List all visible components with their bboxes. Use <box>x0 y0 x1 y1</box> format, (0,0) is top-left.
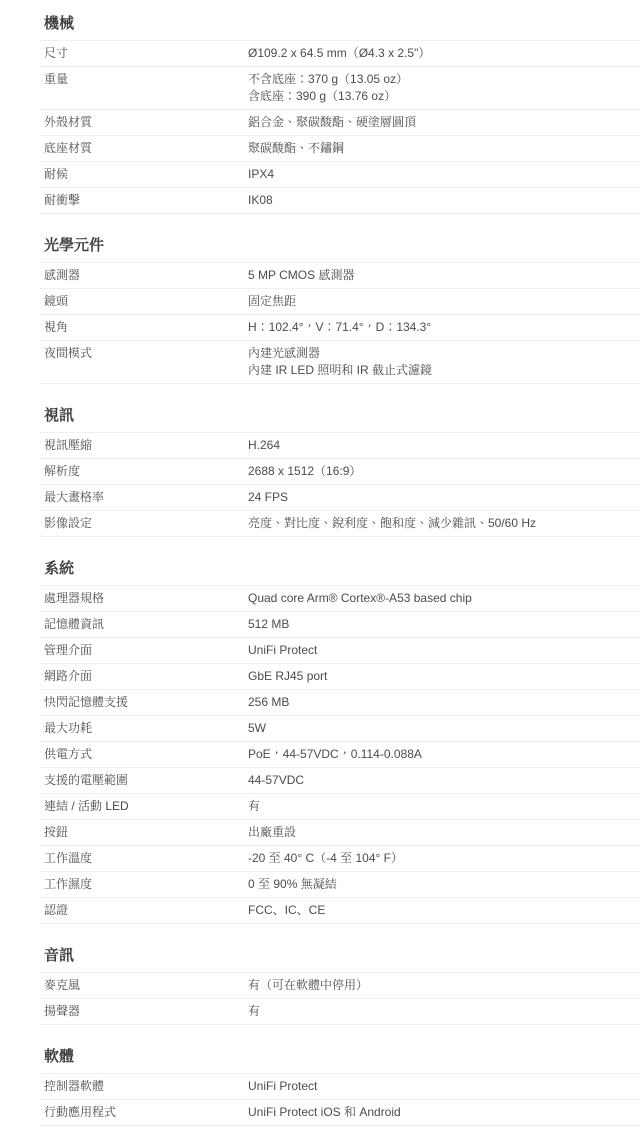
spec-value: 有 <box>248 798 640 815</box>
spec-value: 內建光感測器內建 IR LED 照明和 IR 截止式濾鏡 <box>248 345 640 379</box>
spec-value: 亮度、對比度、銳利度、飽和度、減少雜訊、50/60 Hz <box>248 515 640 532</box>
spec-value-line: IPX4 <box>248 166 632 183</box>
spec-label: 工作溫度 <box>40 850 248 867</box>
spec-value-line: IK08 <box>248 192 632 209</box>
spec-section: 軟體控制器軟體UniFi Protect行動應用程式UniFi Protect … <box>40 1047 640 1126</box>
spec-value-line: 亮度、對比度、銳利度、飽和度、減少雜訊、50/60 Hz <box>248 515 632 532</box>
spec-value-line: 512 MB <box>248 616 632 633</box>
spec-value-line: 有 <box>248 1003 632 1020</box>
section-title: 軟體 <box>44 1047 640 1066</box>
spec-value: 256 MB <box>248 694 640 711</box>
spec-row: 夜間模式內建光感測器內建 IR LED 照明和 IR 截止式濾鏡 <box>40 340 640 383</box>
spec-table: 處理器規格Quad core Arm® Cortex®-A53 based ch… <box>40 585 640 924</box>
spec-row: 供電方式PoE，44-57VDC，0.114-0.088A <box>40 741 640 767</box>
spec-row: 最大功耗5W <box>40 715 640 741</box>
spec-row: 工作濕度0 至 90% 無凝結 <box>40 871 640 897</box>
spec-value: 0 至 90% 無凝結 <box>248 876 640 893</box>
spec-label: 底座材質 <box>40 140 248 157</box>
spec-value-line: UniFi Protect <box>248 1078 632 1095</box>
spec-value: 鋁合金、聚碳酸酯、硬塗層圓頂 <box>248 114 640 131</box>
spec-section: 音訊麥克風有（可在軟體中停用）揚聲器有 <box>40 946 640 1025</box>
spec-value: IK08 <box>248 192 640 209</box>
spec-value-line: 0 至 90% 無凝結 <box>248 876 632 893</box>
spec-row: 底座材質聚碳酸酯、不鏽鋼 <box>40 135 640 161</box>
spec-label: 工作濕度 <box>40 876 248 893</box>
spec-value-line: H.264 <box>248 437 632 454</box>
spec-value: 出廠重設 <box>248 824 640 841</box>
spec-row: 重量不含底座：370 g（13.05 oz）含底座：390 g（13.76 oz… <box>40 66 640 109</box>
spec-value-line: 24 FPS <box>248 489 632 506</box>
spec-value: GbE RJ45 port <box>248 668 640 685</box>
spec-label: 快閃記憶體支援 <box>40 694 248 711</box>
spec-value: IPX4 <box>248 166 640 183</box>
spec-section: 機械尺寸Ø109.2 x 64.5 mm（Ø4.3 x 2.5"）重量不含底座：… <box>40 14 640 214</box>
spec-label: 視角 <box>40 319 248 336</box>
spec-value: UniFi Protect <box>248 1078 640 1095</box>
spec-value: H：102.4°，V：71.4°，D：134.3° <box>248 319 640 336</box>
spec-value: 固定焦距 <box>248 293 640 310</box>
spec-value-line: -20 至 40° C（-4 至 104° F） <box>248 850 632 867</box>
section-title: 光學元件 <box>44 236 640 255</box>
spec-value: 有 <box>248 1003 640 1020</box>
spec-row: 按鈕出廠重設 <box>40 819 640 845</box>
spec-row: 工作溫度-20 至 40° C（-4 至 104° F） <box>40 845 640 871</box>
section-title: 視訊 <box>44 406 640 425</box>
spec-value-line: GbE RJ45 port <box>248 668 632 685</box>
spec-row: 行動應用程式UniFi Protect iOS 和 Android <box>40 1099 640 1125</box>
spec-label: 感測器 <box>40 267 248 284</box>
spec-value-line: 有 <box>248 798 632 815</box>
spec-value: FCC、IC、CE <box>248 902 640 919</box>
section-title: 系統 <box>44 559 640 578</box>
spec-label: 管理介面 <box>40 642 248 659</box>
spec-value: PoE，44-57VDC，0.114-0.088A <box>248 746 640 763</box>
spec-row: 尺寸Ø109.2 x 64.5 mm（Ø4.3 x 2.5"） <box>40 40 640 66</box>
spec-label: 視訊壓縮 <box>40 437 248 454</box>
spec-label: 麥克風 <box>40 977 248 994</box>
spec-value-line: FCC、IC、CE <box>248 902 632 919</box>
section-title: 音訊 <box>44 946 640 965</box>
spec-value: 512 MB <box>248 616 640 633</box>
spec-value: -20 至 40° C（-4 至 104° F） <box>248 850 640 867</box>
spec-value-line: 出廠重設 <box>248 824 632 841</box>
spec-value-line: 不含底座：370 g（13.05 oz） <box>248 71 632 88</box>
spec-row: 視訊壓縮H.264 <box>40 432 640 458</box>
spec-label: 重量 <box>40 71 248 88</box>
spec-value-line: 聚碳酸酯、不鏽鋼 <box>248 140 632 157</box>
spec-row: 外殼材質鋁合金、聚碳酸酯、硬塗層圓頂 <box>40 109 640 135</box>
spec-value: 24 FPS <box>248 489 640 506</box>
spec-row: 影像設定亮度、對比度、銳利度、飽和度、減少雜訊、50/60 Hz <box>40 510 640 536</box>
spec-value: 2688 x 1512（16:9） <box>248 463 640 480</box>
spec-value-line: UniFi Protect iOS 和 Android <box>248 1104 632 1121</box>
spec-section: 系統處理器規格Quad core Arm® Cortex®-A53 based … <box>40 559 640 924</box>
spec-row: 認證FCC、IC、CE <box>40 897 640 923</box>
spec-table: 感測器5 MP CMOS 感測器鏡頭固定焦距視角H：102.4°，V：71.4°… <box>40 262 640 384</box>
spec-label: 網路介面 <box>40 668 248 685</box>
spec-row: 記憶體資訊512 MB <box>40 611 640 637</box>
spec-label: 揚聲器 <box>40 1003 248 1020</box>
spec-value-line: 含底座：390 g（13.76 oz） <box>248 88 632 105</box>
spec-label: 記憶體資訊 <box>40 616 248 633</box>
spec-label: 行動應用程式 <box>40 1104 248 1121</box>
spec-value: 不含底座：370 g（13.05 oz）含底座：390 g（13.76 oz） <box>248 71 640 105</box>
spec-label: 最大畫格率 <box>40 489 248 506</box>
spec-label: 尺寸 <box>40 45 248 62</box>
spec-value-line: 內建光感測器 <box>248 345 632 362</box>
section-title: 機械 <box>44 14 640 33</box>
spec-label: 處理器規格 <box>40 590 248 607</box>
spec-row: 網路介面GbE RJ45 port <box>40 663 640 689</box>
spec-row: 連結 / 活動 LED有 <box>40 793 640 819</box>
spec-row: 支援的電壓範圍44-57VDC <box>40 767 640 793</box>
spec-row: 耐候IPX4 <box>40 161 640 187</box>
spec-label: 解析度 <box>40 463 248 480</box>
spec-table: 控制器軟體UniFi Protect行動應用程式UniFi Protect iO… <box>40 1073 640 1126</box>
spec-row: 解析度2688 x 1512（16:9） <box>40 458 640 484</box>
spec-value-line: 鋁合金、聚碳酸酯、硬塗層圓頂 <box>248 114 632 131</box>
spec-value: UniFi Protect iOS 和 Android <box>248 1104 640 1121</box>
spec-label: 供電方式 <box>40 746 248 763</box>
spec-value: 44-57VDC <box>248 772 640 789</box>
spec-row: 視角H：102.4°，V：71.4°，D：134.3° <box>40 314 640 340</box>
spec-label: 耐候 <box>40 166 248 183</box>
spec-value: UniFi Protect <box>248 642 640 659</box>
spec-label: 夜間模式 <box>40 345 248 362</box>
spec-row: 耐衝擊IK08 <box>40 187 640 213</box>
spec-value: 有（可在軟體中停用） <box>248 977 640 994</box>
spec-value: 5 MP CMOS 感測器 <box>248 267 640 284</box>
spec-table: 尺寸Ø109.2 x 64.5 mm（Ø4.3 x 2.5"）重量不含底座：37… <box>40 40 640 214</box>
spec-value-line: H：102.4°，V：71.4°，D：134.3° <box>248 319 632 336</box>
spec-label: 控制器軟體 <box>40 1078 248 1095</box>
spec-value-line: 44-57VDC <box>248 772 632 789</box>
spec-row: 管理介面UniFi Protect <box>40 637 640 663</box>
spec-value-line: 固定焦距 <box>248 293 632 310</box>
spec-label: 按鈕 <box>40 824 248 841</box>
spec-value-line: Ø109.2 x 64.5 mm（Ø4.3 x 2.5"） <box>248 45 632 62</box>
spec-label: 外殼材質 <box>40 114 248 131</box>
spec-label: 影像設定 <box>40 515 248 532</box>
spec-label: 認證 <box>40 902 248 919</box>
spec-row: 處理器規格Quad core Arm® Cortex®-A53 based ch… <box>40 585 640 611</box>
spec-value: 5W <box>248 720 640 737</box>
spec-table: 視訊壓縮H.264解析度2688 x 1512（16:9）最大畫格率24 FPS… <box>40 432 640 537</box>
spec-value-line: PoE，44-57VDC，0.114-0.088A <box>248 746 632 763</box>
spec-section: 光學元件感測器5 MP CMOS 感測器鏡頭固定焦距視角H：102.4°，V：7… <box>40 236 640 384</box>
spec-value: Ø109.2 x 64.5 mm（Ø4.3 x 2.5"） <box>248 45 640 62</box>
spec-page: 機械尺寸Ø109.2 x 64.5 mm（Ø4.3 x 2.5"）重量不含底座：… <box>0 0 640 1136</box>
spec-value-line: Quad core Arm® Cortex®-A53 based chip <box>248 590 632 607</box>
spec-row: 麥克風有（可在軟體中停用） <box>40 972 640 998</box>
spec-value-line: 有（可在軟體中停用） <box>248 977 632 994</box>
spec-label: 連結 / 活動 LED <box>40 798 248 815</box>
spec-value-line: 5 MP CMOS 感測器 <box>248 267 632 284</box>
spec-value-line: 2688 x 1512（16:9） <box>248 463 632 480</box>
spec-row: 控制器軟體UniFi Protect <box>40 1073 640 1099</box>
spec-row: 鏡頭固定焦距 <box>40 288 640 314</box>
spec-value: H.264 <box>248 437 640 454</box>
spec-value-line: 256 MB <box>248 694 632 711</box>
spec-table: 麥克風有（可在軟體中停用）揚聲器有 <box>40 972 640 1025</box>
spec-label: 鏡頭 <box>40 293 248 310</box>
spec-row: 快閃記憶體支援256 MB <box>40 689 640 715</box>
spec-label: 耐衝擊 <box>40 192 248 209</box>
spec-row: 揚聲器有 <box>40 998 640 1024</box>
spec-row: 最大畫格率24 FPS <box>40 484 640 510</box>
spec-label: 支援的電壓範圍 <box>40 772 248 789</box>
spec-value-line: 內建 IR LED 照明和 IR 截止式濾鏡 <box>248 362 632 379</box>
spec-value: Quad core Arm® Cortex®-A53 based chip <box>248 590 640 607</box>
spec-value: 聚碳酸酯、不鏽鋼 <box>248 140 640 157</box>
spec-value-line: UniFi Protect <box>248 642 632 659</box>
spec-section: 視訊視訊壓縮H.264解析度2688 x 1512（16:9）最大畫格率24 F… <box>40 406 640 537</box>
spec-row: 感測器5 MP CMOS 感測器 <box>40 262 640 288</box>
spec-value-line: 5W <box>248 720 632 737</box>
spec-label: 最大功耗 <box>40 720 248 737</box>
